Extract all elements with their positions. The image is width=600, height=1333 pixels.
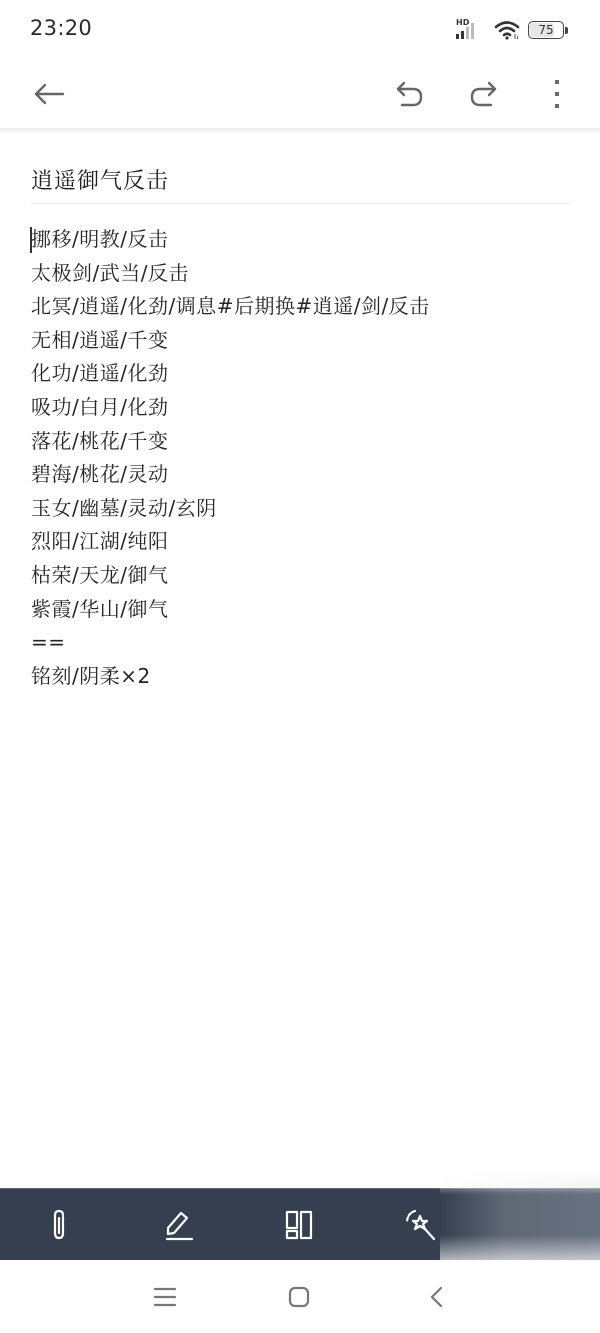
status-time: 23:20 — [30, 16, 92, 40]
smart-tools-button[interactable] — [396, 1201, 444, 1249]
note-line: 北冥/逍遥/化劲/调息#后期换#逍遥/剑/反击 — [31, 290, 571, 324]
text-cursor — [30, 227, 32, 253]
note-title-input[interactable]: 逍遥御气反击 — [31, 164, 169, 195]
layout-icon — [285, 1210, 313, 1240]
back-button[interactable] — [25, 70, 73, 118]
pencil-icon — [163, 1208, 195, 1242]
undo-icon — [395, 80, 425, 108]
note-line: 太极剑/武当/反击 — [31, 257, 571, 291]
note-line: 烈阳/江湖/纯阳 — [31, 525, 571, 559]
redo-button[interactable] — [459, 70, 507, 118]
note-line: 吸功/白月/化劲 — [31, 391, 571, 425]
battery-level: 75 — [538, 23, 553, 37]
layout-button[interactable] — [275, 1201, 323, 1249]
note-line: 化功/逍遥/化劲 — [31, 357, 571, 391]
battery-icon: 75 — [528, 21, 564, 39]
arrow-left-icon — [33, 82, 65, 106]
attach-button[interactable] — [36, 1201, 84, 1249]
note-line: 玉女/幽墓/灵动/玄阴 — [31, 492, 571, 526]
home-icon — [287, 1285, 311, 1309]
back-icon — [426, 1285, 446, 1309]
title-divider — [31, 203, 571, 204]
menu-icon — [153, 1286, 177, 1308]
cellular-signal-icon: HD — [456, 19, 486, 41]
handwriting-button[interactable] — [155, 1201, 203, 1249]
status-bar: 23:20 HD 75 — [0, 0, 600, 60]
note-line: == — [31, 626, 571, 660]
note-line: 枯荣/天龙/御气 — [31, 559, 571, 593]
app-header — [0, 60, 600, 130]
redo-icon — [468, 80, 498, 108]
nav-home-button[interactable] — [275, 1275, 323, 1319]
note-line: 铭刻/阴柔×2 — [31, 660, 571, 694]
editor-toolbar — [0, 1188, 600, 1260]
note-line: 落花/桃花/千变 — [31, 425, 571, 459]
note-line: 紫霞/华山/御气 — [31, 593, 571, 627]
header-divider — [0, 128, 600, 134]
paperclip-icon — [48, 1208, 72, 1242]
note-line: 碧海/桃花/灵动 — [31, 458, 571, 492]
nav-menu-button[interactable] — [141, 1275, 189, 1319]
nav-back-button[interactable] — [412, 1275, 460, 1319]
magic-wand-icon — [403, 1208, 437, 1242]
wifi-icon — [494, 20, 520, 40]
more-vertical-icon — [553, 78, 561, 110]
status-icons: HD 75 — [456, 18, 568, 42]
note-line: 挪移/明教/反击 — [31, 223, 571, 257]
note-line: 无相/逍遥/千变 — [31, 324, 571, 358]
undo-button[interactable] — [386, 70, 434, 118]
more-options-button[interactable] — [533, 70, 581, 118]
notes-editor-screen: 23:20 HD 75 — [0, 0, 600, 1333]
system-nav-bar — [0, 1261, 600, 1333]
note-body-editor[interactable]: 挪移/明教/反击 太极剑/武当/反击 北冥/逍遥/化劲/调息#后期换#逍遥/剑/… — [31, 223, 571, 693]
